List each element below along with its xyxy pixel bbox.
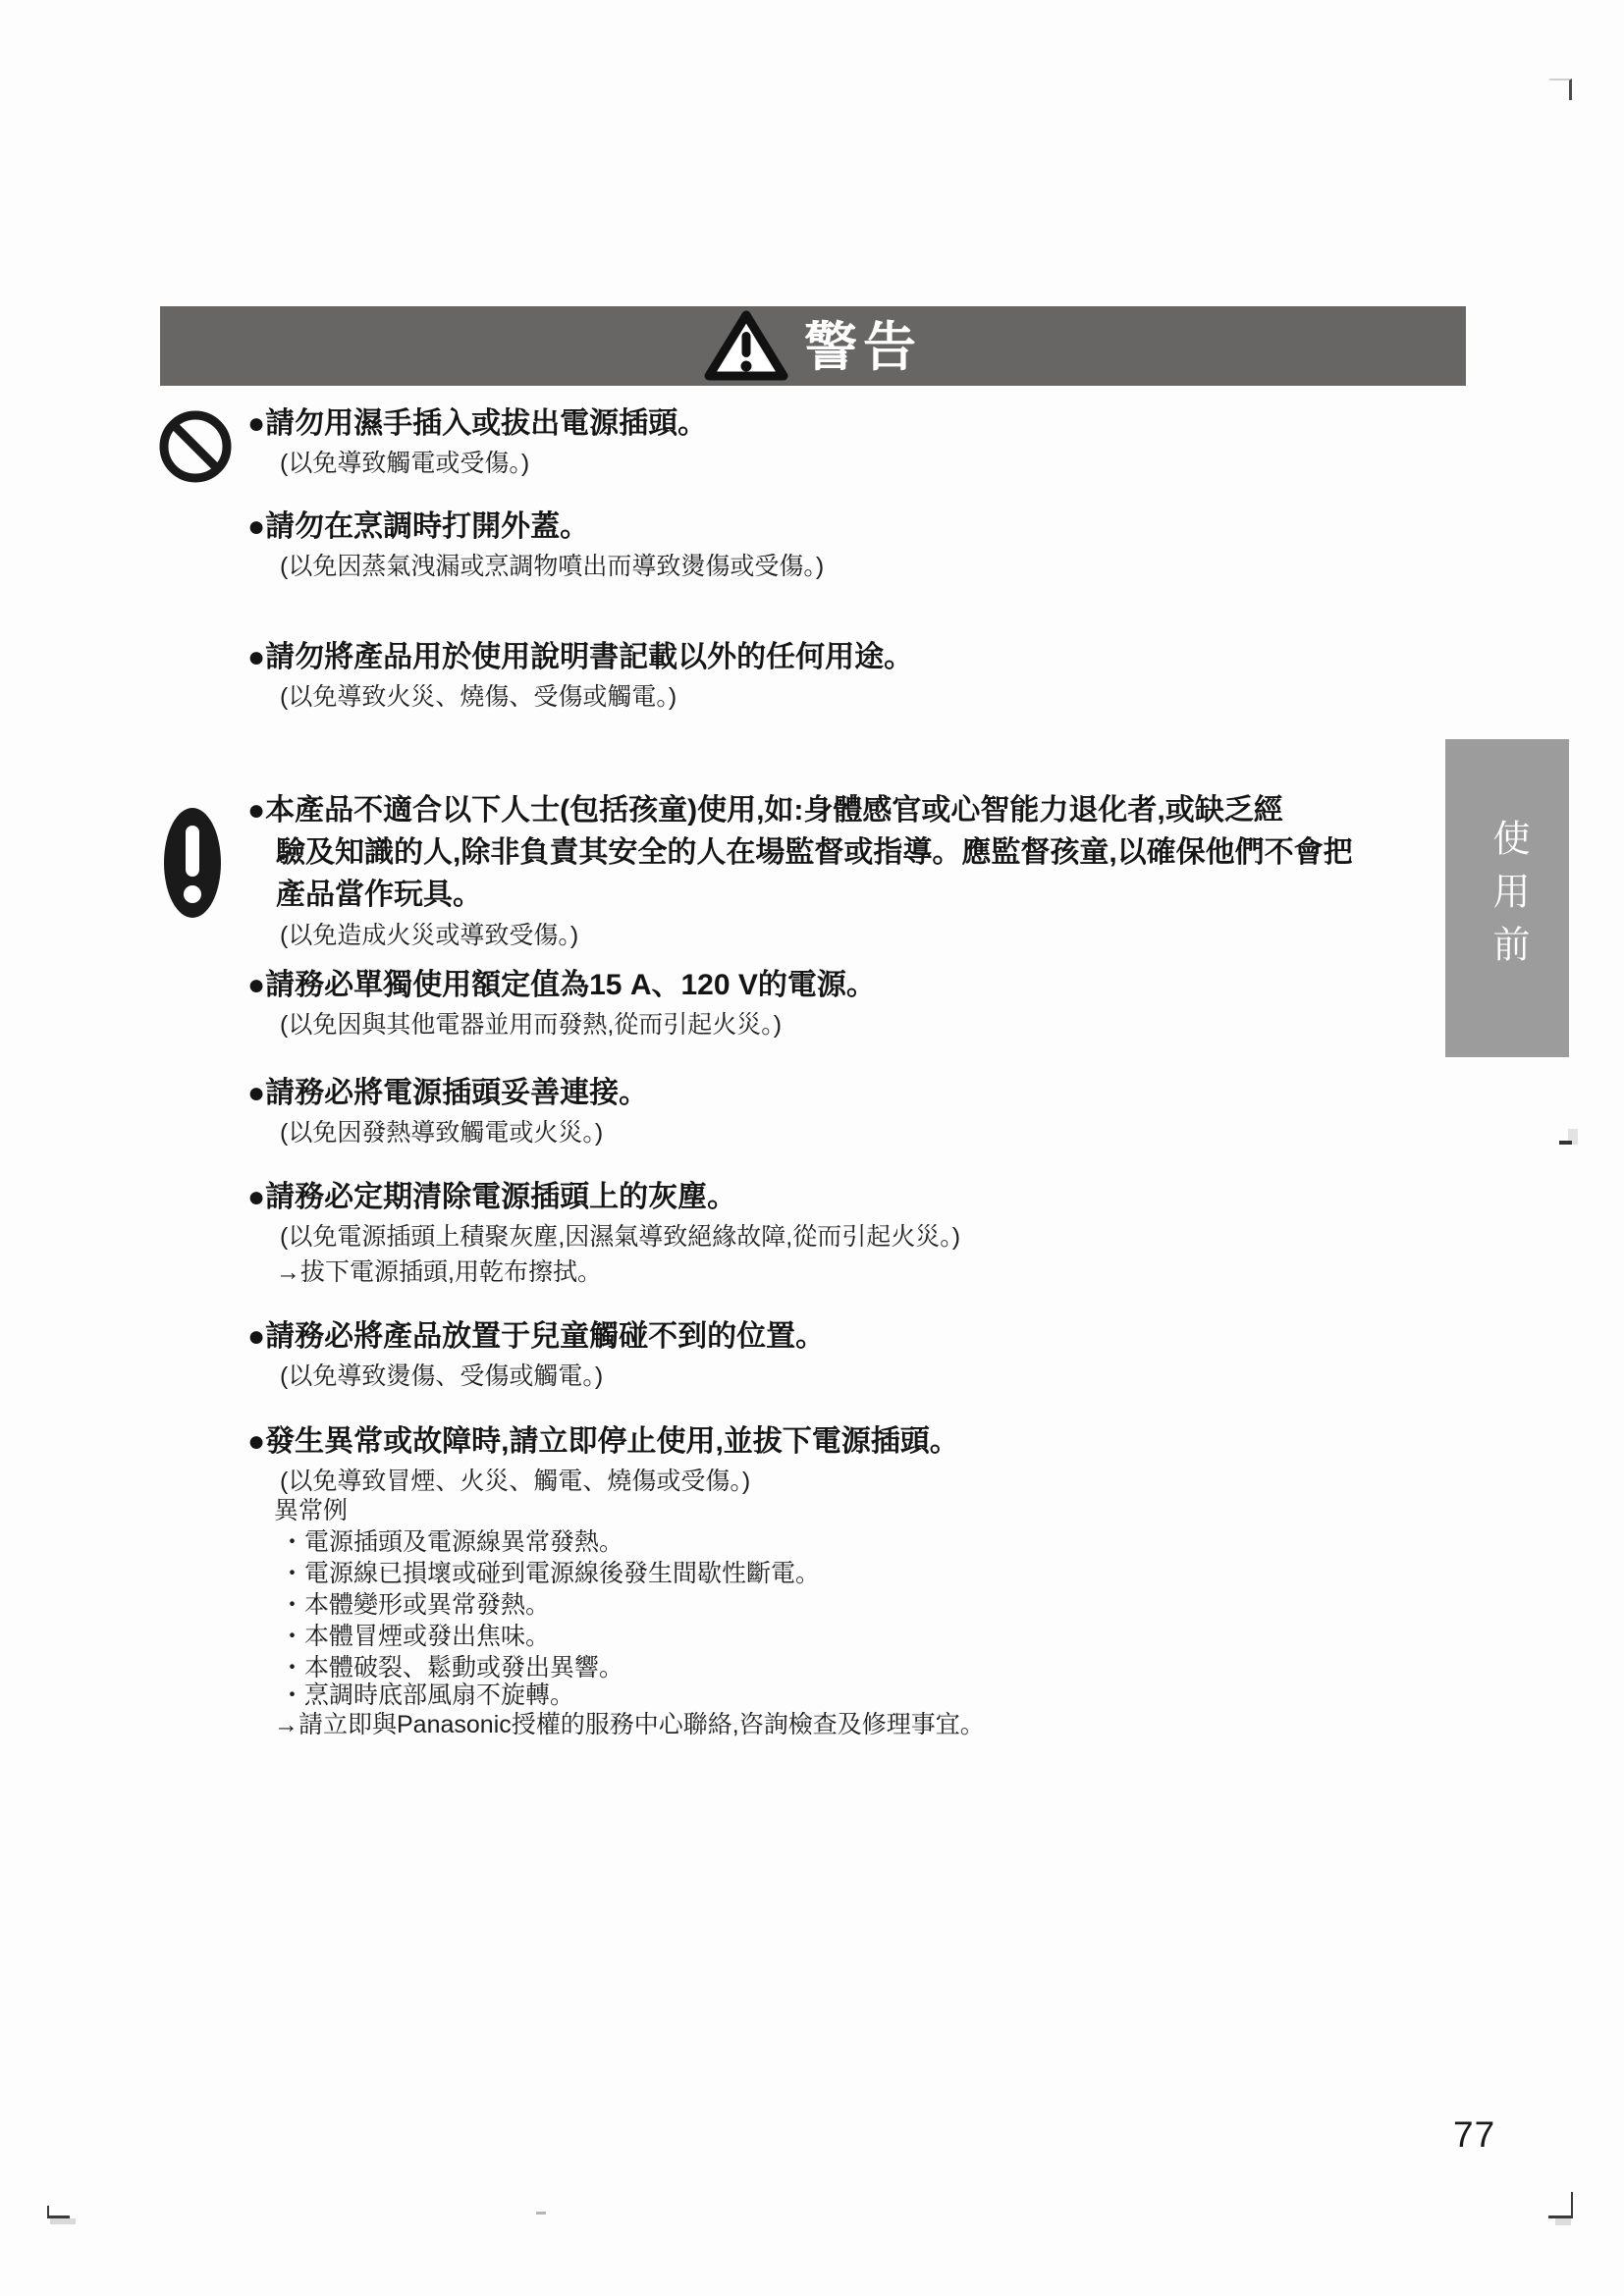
warning-sub-text: (以免導致觸電或受傷。) [280, 449, 529, 478]
warning-main-text: ●請勿將產品用於使用說明書記載以外的任何用途。 [247, 640, 913, 675]
warning-main-text: ●請務必將電源插頭妥善連接。 [247, 1076, 648, 1111]
warning-main-text: ●本產品不適合以下人士(包括孩童)使用,如:身體感官或心智能力退化者,或缺乏經 [247, 793, 1283, 828]
section-tab-before-use: 使用前 [1445, 739, 1569, 1057]
warning-main-text: ●請勿在烹調時打開外蓋。 [247, 509, 589, 545]
crop-mark-bottom-center-icon [536, 2212, 546, 2215]
page-number: 77 [1453, 2114, 1495, 2156]
crop-mark-bottom-left-icon [47, 2206, 70, 2218]
warning-main-text: ●請務必將產品放置于兒童觸碰不到的位置。 [247, 1319, 825, 1355]
crop-mark-right-middle-icon [1559, 1141, 1572, 1145]
warning-triangle-icon [704, 310, 788, 383]
mandatory-exclamation-icon [163, 806, 222, 925]
warning-sub-text: (以免導致冒煙、火災、觸電、燒傷或受傷。) [280, 1467, 750, 1496]
warning-main-text: 產品當作玩具。 [276, 878, 482, 913]
warning-title: 警告 [804, 319, 922, 374]
crop-mark-bottom-left-shadow-icon [50, 2218, 76, 2224]
warning-header-bar: 警告 [160, 306, 1466, 386]
warning-sub-text: (以免因蒸氣洩漏或烹調物噴出而導致燙傷或受傷。) [280, 552, 824, 581]
warning-main-text: ●請勿用濕手插入或拔出電源插頭。 [247, 406, 707, 442]
warning-sub-text: (以免導致燙傷、受傷或觸電。) [280, 1362, 603, 1391]
abnormal-example-item: ・電源線已損壞或碰到電源線後發生間歇性斷電。 [280, 1559, 820, 1588]
warning-main-text: 驗及知識的人,除非負責其安全的人在場監督或指導。應監督孩童,以確保他們不會把 [276, 835, 1353, 871]
abnormal-examples-label: 異常例 [274, 1496, 348, 1525]
warning-sub-text: (以免導致火災、燒傷、受傷或觸電。) [280, 682, 677, 712]
abnormal-example-item: ・本體破裂、鬆動或發出異響。 [280, 1653, 623, 1682]
warning-action-text: →請立即與Panasonic授權的服務中心聯絡,咨詢檢查及修理事宜。 [274, 1710, 985, 1739]
crop-mark-top-right-icon [1549, 79, 1572, 100]
warning-main-text: ●請務必單獨使用額定值為15 A、120 V的電源。 [247, 968, 876, 1003]
abnormal-example-item: ・電源插頭及電源線異常發熱。 [280, 1527, 623, 1557]
abnormal-example-item: ・本體變形或異常發熱。 [280, 1590, 550, 1620]
prohibition-icon [158, 409, 233, 489]
crop-mark-bottom-right-shadow-icon [1555, 2217, 1571, 2225]
section-tab-label: 使用前 [1489, 819, 1526, 978]
warning-sub-text: (以免因發熱導致觸電或火災。) [280, 1118, 603, 1148]
warning-sub-text: (以免電源插頭上積聚灰塵,因濕氣導致絕緣故障,從而引起火災。) [280, 1222, 960, 1252]
warning-sub-text: (以免因與其他電器並用而發熱,從而引起火災。) [280, 1010, 782, 1040]
warning-sub-text: (以免造成火災或導致受傷。) [280, 921, 578, 950]
warning-main-text: ●發生異常或故障時,請立即停止使用,並拔下電源插頭。 [247, 1424, 959, 1460]
abnormal-example-item: ・本體冒煙或發出焦味。 [280, 1622, 550, 1651]
manual-page: { "header": { "title": "警告", "bar_color"… [0, 0, 1624, 2296]
warning-action-text: →拔下電源插頭,用乾布擦拭。 [276, 1257, 602, 1287]
abnormal-example-item: ・烹調時底部風扇不旋轉。 [280, 1681, 574, 1710]
crop-mark-bottom-right-icon [1548, 2192, 1573, 2218]
warning-main-text: ●請務必定期清除電源插頭上的灰塵。 [247, 1180, 736, 1215]
